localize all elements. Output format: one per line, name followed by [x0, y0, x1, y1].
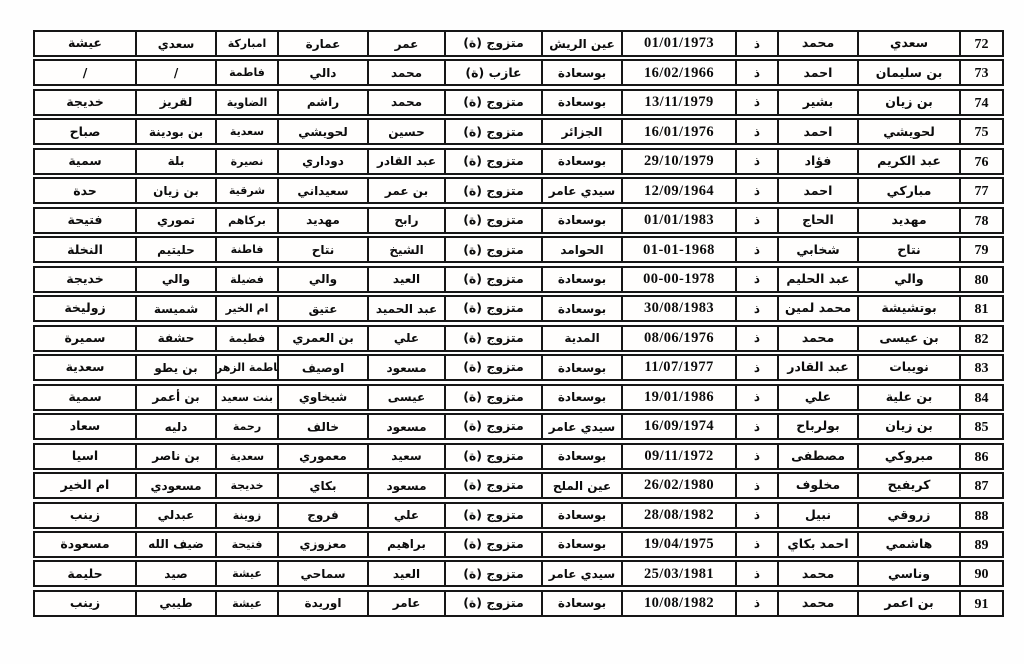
cell-spouse-surname: شميسة: [135, 297, 215, 320]
cell-birth-place: بوسعادة: [541, 91, 621, 114]
cell-no: 89: [959, 533, 1002, 556]
cell-no: 72: [959, 32, 1002, 55]
cell-first-name: فؤاد: [777, 150, 857, 173]
cell-mother-name: فاطنة: [215, 238, 277, 261]
table-row: 90وناسيمحمدذ25/03/1981سيدي عامرمتزوج (ة)…: [33, 560, 1004, 587]
table-row: 80واليعبد الحليمذ00-00-1978بوسعادةمتزوج …: [33, 266, 1004, 293]
cell-father-name: العيد: [367, 562, 444, 585]
cell-spouse-name: /: [35, 61, 135, 84]
cell-spouse-name: سعدية: [35, 356, 135, 379]
cell-gender: ذ: [735, 32, 777, 55]
cell-father-name: الشيخ: [367, 238, 444, 261]
cell-first-name: عبد القادر: [777, 356, 857, 379]
cell-birth-place: بوسعادة: [541, 445, 621, 468]
cell-first-name: محمد لمين: [777, 297, 857, 320]
cell-birth-date: 11/07/1977: [621, 356, 735, 379]
cell-gender: ذ: [735, 91, 777, 114]
cell-surname: عبد الكريم: [857, 150, 959, 173]
cell-gender: ذ: [735, 179, 777, 202]
cell-first-name: احمد: [777, 120, 857, 143]
cell-spouse-surname: بن ناصر: [135, 445, 215, 468]
cell-first-name: شخابي: [777, 238, 857, 261]
cell-spouse-name: زينب: [35, 592, 135, 615]
table-row: 87كريفيحمخلوفذ26/02/1980عين الملحمتزوج (…: [33, 472, 1004, 499]
table-row: 86مبروكيمصطفىذ09/11/1972بوسعادةمتزوج (ة)…: [33, 443, 1004, 470]
cell-father-name: مسعود: [367, 474, 444, 497]
cell-no: 83: [959, 356, 1002, 379]
table-row: 76عبد الكريمفؤادذ29/10/1979بوسعادةمتزوج …: [33, 148, 1004, 175]
table-row: 78مهديدالحاجذ01/01/1983بوسعادةمتزوج (ة)ر…: [33, 207, 1004, 234]
cell-birth-date: 16/02/1966: [621, 61, 735, 84]
cell-birth-date: 01-01-1968: [621, 238, 735, 261]
cell-spouse-surname: دليه: [135, 415, 215, 438]
cell-mother-name: بركاهم: [215, 209, 277, 232]
cell-mother-name: ام الخير: [215, 297, 277, 320]
cell-birth-place: المدية: [541, 327, 621, 350]
cell-surname: كريفيح: [857, 474, 959, 497]
cell-mother-name: بنت سعيد: [215, 386, 277, 409]
cell-surname: نويبات: [857, 356, 959, 379]
cell-spouse-name: ام الخير: [35, 474, 135, 497]
cell-birth-place: بوسعادة: [541, 504, 621, 527]
cell-father-name: عمر: [367, 32, 444, 55]
cell-first-name: بشير: [777, 91, 857, 114]
cell-gender: ذ: [735, 474, 777, 497]
cell-mother-surname: مهديد: [277, 209, 367, 232]
table-row: 88زروقينبيلذ28/08/1982بوسعادةمتزوج (ة)عل…: [33, 502, 1004, 529]
cell-mother-name: سعدية: [215, 445, 277, 468]
cell-birth-date: 16/09/1974: [621, 415, 735, 438]
cell-spouse-name: صباح: [35, 120, 135, 143]
cell-no: 73: [959, 61, 1002, 84]
cell-spouse-surname: بلة: [135, 150, 215, 173]
cell-marital-status: متزوج (ة): [444, 386, 541, 409]
cell-father-name: عبد القادر: [367, 150, 444, 173]
cell-no: 90: [959, 562, 1002, 585]
cell-father-name: سعيد: [367, 445, 444, 468]
cell-spouse-name: سمية: [35, 386, 135, 409]
cell-mother-name: سعدية: [215, 120, 277, 143]
cell-gender: ذ: [735, 327, 777, 350]
cell-marital-status: متزوج (ة): [444, 209, 541, 232]
cell-first-name: محمد: [777, 562, 857, 585]
cell-birth-place: الحوامد: [541, 238, 621, 261]
cell-spouse-name: اسيا: [35, 445, 135, 468]
cell-first-name: مصطفى: [777, 445, 857, 468]
cell-surname: زروقي: [857, 504, 959, 527]
cell-spouse-surname: صيد: [135, 562, 215, 585]
cell-no: 82: [959, 327, 1002, 350]
table-row: 79نتاحشخابيذ01-01-1968الحوامدمتزوج (ة)ال…: [33, 236, 1004, 263]
cell-mother-surname: بكاي: [277, 474, 367, 497]
cell-birth-date: 13/11/1979: [621, 91, 735, 114]
cell-birth-place: سيدي عامر: [541, 562, 621, 585]
cell-spouse-surname: ضيف الله: [135, 533, 215, 556]
cell-birth-date: 19/01/1986: [621, 386, 735, 409]
cell-birth-date: 09/11/1972: [621, 445, 735, 468]
cell-birth-place: سيدي عامر: [541, 179, 621, 202]
cell-first-name: علي: [777, 386, 857, 409]
cell-first-name: احمد: [777, 61, 857, 84]
table-row: 82بن عيسىمحمدذ08/06/1976المديةمتزوج (ة)ع…: [33, 325, 1004, 352]
cell-gender: ذ: [735, 504, 777, 527]
cell-father-name: محمد: [367, 91, 444, 114]
cell-first-name: محمد: [777, 592, 857, 615]
table-row: 85بن زيانبولرباحذ16/09/1974سيدي عامرمتزو…: [33, 413, 1004, 440]
cell-marital-status: متزوج (ة): [444, 150, 541, 173]
cell-no: 88: [959, 504, 1002, 527]
cell-mother-name: خديجة: [215, 474, 277, 497]
cell-marital-status: متزوج (ة): [444, 356, 541, 379]
cell-birth-place: بوسعادة: [541, 386, 621, 409]
table-row: 73بن سليماناحمدذ16/02/1966بوسعادةعازب (ة…: [33, 59, 1004, 86]
cell-birth-date: 25/03/1981: [621, 562, 735, 585]
cell-marital-status: عازب (ة): [444, 61, 541, 84]
cell-no: 80: [959, 268, 1002, 291]
cell-father-name: براهيم: [367, 533, 444, 556]
cell-spouse-name: سميرة: [35, 327, 135, 350]
cell-birth-place: بوسعادة: [541, 356, 621, 379]
table-row: 72سعديمحمدذ01/01/1973عين الريشمتزوج (ة)ع…: [33, 30, 1004, 57]
cell-mother-surname: دوداري: [277, 150, 367, 173]
cell-no: 74: [959, 91, 1002, 114]
cell-marital-status: متزوج (ة): [444, 474, 541, 497]
cell-gender: ذ: [735, 592, 777, 615]
cell-mother-surname: شيخاوي: [277, 386, 367, 409]
cell-first-name: نبيل: [777, 504, 857, 527]
cell-mother-surname: نتاح: [277, 238, 367, 261]
cell-birth-place: بوسعادة: [541, 209, 621, 232]
cell-surname: بوتشيشة: [857, 297, 959, 320]
cell-no: 79: [959, 238, 1002, 261]
cell-gender: ذ: [735, 238, 777, 261]
cell-surname: بن عيسى: [857, 327, 959, 350]
cell-spouse-name: عيشة: [35, 32, 135, 55]
cell-birth-date: 10/08/1982: [621, 592, 735, 615]
cell-surname: وناسي: [857, 562, 959, 585]
cell-spouse-surname: /: [135, 61, 215, 84]
cell-no: 77: [959, 179, 1002, 202]
cell-no: 81: [959, 297, 1002, 320]
cell-birth-date: 28/08/1982: [621, 504, 735, 527]
cell-mother-surname: لحويشي: [277, 120, 367, 143]
cell-birth-place: بوسعادة: [541, 533, 621, 556]
cell-marital-status: متزوج (ة): [444, 562, 541, 585]
cell-surname: هاشمي: [857, 533, 959, 556]
cell-birth-date: 16/01/1976: [621, 120, 735, 143]
cell-gender: ذ: [735, 297, 777, 320]
cell-father-name: محمد: [367, 61, 444, 84]
cell-marital-status: متزوج (ة): [444, 179, 541, 202]
cell-birth-place: بوسعادة: [541, 297, 621, 320]
cell-gender: ذ: [735, 61, 777, 84]
cell-surname: لحويشي: [857, 120, 959, 143]
cell-mother-surname: عمارة: [277, 32, 367, 55]
cell-no: 84: [959, 386, 1002, 409]
cell-birth-date: 08/06/1976: [621, 327, 735, 350]
table-row: 77مباركياحمدذ12/09/1964سيدي عامرمتزوج (ة…: [33, 177, 1004, 204]
cell-mother-surname: سماحي: [277, 562, 367, 585]
cell-surname: مباركي: [857, 179, 959, 202]
cell-mother-surname: فروج: [277, 504, 367, 527]
cell-first-name: عبد الحليم: [777, 268, 857, 291]
cell-marital-status: متزوج (ة): [444, 592, 541, 615]
cell-father-name: عبد الحميد: [367, 297, 444, 320]
cell-birth-date: 30/08/1983: [621, 297, 735, 320]
cell-gender: ذ: [735, 562, 777, 585]
cell-first-name: بولرباح: [777, 415, 857, 438]
cell-surname: والي: [857, 268, 959, 291]
cell-surname: بن زيان: [857, 415, 959, 438]
cell-mother-name: عيشة: [215, 592, 277, 615]
cell-birth-date: 12/09/1964: [621, 179, 735, 202]
cell-mother-surname: عتيق: [277, 297, 367, 320]
cell-first-name: احمد بكاي: [777, 533, 857, 556]
cell-spouse-name: سمية: [35, 150, 135, 173]
cell-birth-place: سيدي عامر: [541, 415, 621, 438]
cell-birth-date: 01/01/1973: [621, 32, 735, 55]
cell-mother-surname: اوريدة: [277, 592, 367, 615]
cell-surname: سعدي: [857, 32, 959, 55]
cell-surname: مهديد: [857, 209, 959, 232]
cell-spouse-name: حليمة: [35, 562, 135, 585]
cell-spouse-name: النخلة: [35, 238, 135, 261]
cell-father-name: رابح: [367, 209, 444, 232]
cell-birth-place: الجزائر: [541, 120, 621, 143]
cell-surname: بن زيان: [857, 91, 959, 114]
cell-marital-status: متزوج (ة): [444, 415, 541, 438]
cell-marital-status: متزوج (ة): [444, 297, 541, 320]
table-row: 81بوتشيشةمحمد لمينذ30/08/1983بوسعادةمتزو…: [33, 295, 1004, 322]
cell-gender: ذ: [735, 120, 777, 143]
cell-marital-status: متزوج (ة): [444, 268, 541, 291]
cell-spouse-surname: بن بودينة: [135, 120, 215, 143]
cell-birth-date: 00-00-1978: [621, 268, 735, 291]
cell-spouse-surname: بن يطو: [135, 356, 215, 379]
cell-father-name: مسعود: [367, 415, 444, 438]
cell-birth-date: 29/10/1979: [621, 150, 735, 173]
cell-mother-name: زوينة: [215, 504, 277, 527]
cell-no: 76: [959, 150, 1002, 173]
cell-no: 87: [959, 474, 1002, 497]
table-row: 91بن اعمرمحمدذ10/08/1982بوسعادةمتزوج (ة)…: [33, 590, 1004, 617]
cell-mother-surname: دالي: [277, 61, 367, 84]
cell-marital-status: متزوج (ة): [444, 238, 541, 261]
cell-mother-surname: معموري: [277, 445, 367, 468]
table-row: 83نويباتعبد القادرذ11/07/1977بوسعادةمتزو…: [33, 354, 1004, 381]
cell-mother-surname: اوصيف: [277, 356, 367, 379]
cell-no: 86: [959, 445, 1002, 468]
cell-mother-surname: سعيداني: [277, 179, 367, 202]
cell-spouse-surname: بن أعمر: [135, 386, 215, 409]
cell-marital-status: متزوج (ة): [444, 533, 541, 556]
cell-spouse-surname: سعدي: [135, 32, 215, 55]
cell-spouse-name: فتيحة: [35, 209, 135, 232]
cell-gender: ذ: [735, 150, 777, 173]
cell-birth-place: بوسعادة: [541, 150, 621, 173]
cell-spouse-name: حدة: [35, 179, 135, 202]
cell-spouse-name: زينب: [35, 504, 135, 527]
cell-mother-surname: خالف: [277, 415, 367, 438]
cell-spouse-name: خديجة: [35, 268, 135, 291]
cell-mother-name: عيشة: [215, 562, 277, 585]
cell-mother-name: الضاوية: [215, 91, 277, 114]
cell-spouse-surname: مسعودي: [135, 474, 215, 497]
cell-birth-date: 01/01/1983: [621, 209, 735, 232]
cell-father-name: حسين: [367, 120, 444, 143]
scanned-document-page: 72سعديمحمدذ01/01/1973عين الريشمتزوج (ة)ع…: [0, 0, 1024, 664]
cell-surname: بن سليمان: [857, 61, 959, 84]
cell-marital-status: متزوج (ة): [444, 32, 541, 55]
cell-no: 75: [959, 120, 1002, 143]
cell-father-name: العيد: [367, 268, 444, 291]
cell-spouse-surname: حشفة: [135, 327, 215, 350]
cell-no: 85: [959, 415, 1002, 438]
cell-birth-place: بوسعادة: [541, 592, 621, 615]
cell-mother-name: فضيلة: [215, 268, 277, 291]
cell-birth-place: عين الريش: [541, 32, 621, 55]
cell-first-name: محمد: [777, 32, 857, 55]
cell-mother-name: فاطمة الزهرة: [215, 356, 277, 379]
cell-gender: ذ: [735, 386, 777, 409]
table-row: 75لحويشياحمدذ16/01/1976الجزائرمتزوج (ة)ح…: [33, 118, 1004, 145]
cell-spouse-name: خديجة: [35, 91, 135, 114]
cell-mother-surname: والي: [277, 268, 367, 291]
cell-spouse-name: سعاد: [35, 415, 135, 438]
cell-father-name: بن عمر: [367, 179, 444, 202]
cell-father-name: علي: [367, 327, 444, 350]
cell-spouse-surname: بن زيان: [135, 179, 215, 202]
cell-mother-surname: بن العمري: [277, 327, 367, 350]
cell-spouse-surname: والي: [135, 268, 215, 291]
cell-marital-status: متزوج (ة): [444, 120, 541, 143]
cell-spouse-surname: حليتيم: [135, 238, 215, 261]
cell-birth-date: 26/02/1980: [621, 474, 735, 497]
cell-mother-surname: معزوزي: [277, 533, 367, 556]
cell-father-name: مسعود: [367, 356, 444, 379]
cell-mother-name: رحمة: [215, 415, 277, 438]
cell-marital-status: متزوج (ة): [444, 91, 541, 114]
cell-surname: مبروكي: [857, 445, 959, 468]
cell-surname: نتاح: [857, 238, 959, 261]
cell-spouse-surname: طيبي: [135, 592, 215, 615]
cell-first-name: احمد: [777, 179, 857, 202]
cell-father-name: علي: [367, 504, 444, 527]
cell-spouse-name: مسعودة: [35, 533, 135, 556]
cell-first-name: محمد: [777, 327, 857, 350]
cell-gender: ذ: [735, 415, 777, 438]
cell-mother-name: فاطمة: [215, 61, 277, 84]
cell-mother-surname: راشم: [277, 91, 367, 114]
cell-surname: بن اعمر: [857, 592, 959, 615]
cell-first-name: الحاج: [777, 209, 857, 232]
cell-gender: ذ: [735, 209, 777, 232]
cell-gender: ذ: [735, 356, 777, 379]
cell-first-name: مخلوف: [777, 474, 857, 497]
cell-mother-name: فطيمة: [215, 327, 277, 350]
cell-marital-status: متزوج (ة): [444, 445, 541, 468]
cell-spouse-surname: تموري: [135, 209, 215, 232]
cell-mother-name: نصيرة: [215, 150, 277, 173]
cell-surname: بن علية: [857, 386, 959, 409]
table-row: 84بن عليةعليذ19/01/1986بوسعادةمتزوج (ة)ع…: [33, 384, 1004, 411]
cell-marital-status: متزوج (ة): [444, 327, 541, 350]
cell-father-name: عيسى: [367, 386, 444, 409]
cell-spouse-surname: عبدلي: [135, 504, 215, 527]
table-row: 74بن زيانبشيرذ13/11/1979بوسعادةمتزوج (ة)…: [33, 89, 1004, 116]
cell-birth-place: بوسعادة: [541, 61, 621, 84]
cell-spouse-name: زوليخة: [35, 297, 135, 320]
cell-no: 78: [959, 209, 1002, 232]
cell-gender: ذ: [735, 268, 777, 291]
cell-no: 91: [959, 592, 1002, 615]
cell-marital-status: متزوج (ة): [444, 504, 541, 527]
cell-father-name: عامر: [367, 592, 444, 615]
cell-mother-name: فتيحة: [215, 533, 277, 556]
civil-records-table: 72سعديمحمدذ01/01/1973عين الريشمتزوج (ة)ع…: [33, 30, 1004, 617]
cell-birth-date: 19/04/1975: [621, 533, 735, 556]
cell-mother-name: امباركة: [215, 32, 277, 55]
cell-gender: ذ: [735, 533, 777, 556]
cell-gender: ذ: [735, 445, 777, 468]
cell-spouse-surname: لقريز: [135, 91, 215, 114]
cell-mother-name: شرقية: [215, 179, 277, 202]
table-row: 89هاشمياحمد بكايذ19/04/1975بوسعادةمتزوج …: [33, 531, 1004, 558]
cell-birth-place: عين الملح: [541, 474, 621, 497]
cell-birth-place: بوسعادة: [541, 268, 621, 291]
